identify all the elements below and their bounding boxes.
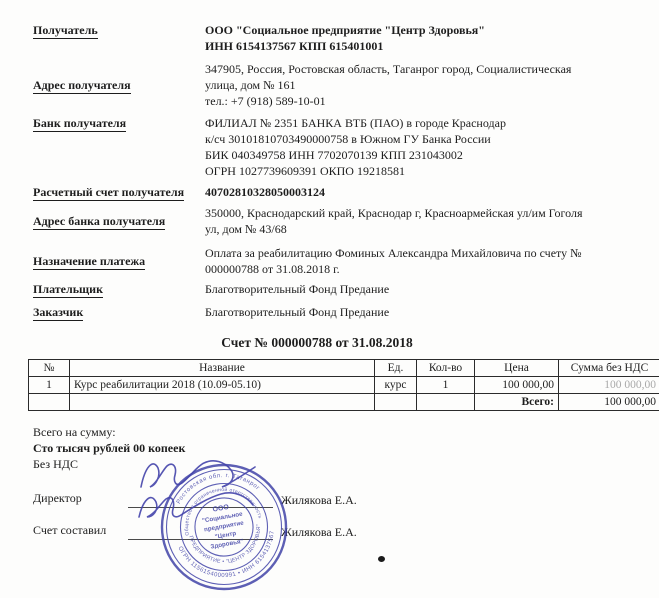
table-total-row: Всего: 100 000,00 <box>29 394 659 411</box>
table-row: 1 Курс реабилитации 2018 (10.09-05.10) к… <box>29 377 659 394</box>
invoice-document: Получатель ООО "Социальное предприятие "… <box>0 0 659 598</box>
col-header-price: Цена <box>475 360 559 377</box>
recipient-address-line: тел.: +7 (918) 589-10-01 <box>205 93 619 109</box>
payment-purpose-value: Оплата за реабилитацию Фоминых Александр… <box>205 245 619 277</box>
director-label: Директор <box>33 490 128 506</box>
field-row-recipient-address: Адрес получателя 347905, Россия, Ростовс… <box>33 61 619 109</box>
col-header-name: Название <box>70 360 375 377</box>
customer-label: Заказчик <box>33 304 205 321</box>
vat-note: Без НДС <box>33 456 659 472</box>
field-row-payment-purpose: Назначение платежа Оплата за реабилитаци… <box>33 245 619 277</box>
company-stamp: Ростовская обл. г. Таганрог ОГРН 1156154… <box>149 452 299 598</box>
totals-heading: Всего на сумму: <box>33 424 659 440</box>
recipient-line: ООО "Социальное предприятие "Центр Здоро… <box>205 22 619 38</box>
recipient-address-line: 347905, Россия, Ростовская область, Тага… <box>205 61 619 77</box>
stamp-center-line: ООО <box>212 504 230 514</box>
field-row-payer: Плательщик Благотворительный Фонд Предан… <box>33 281 619 298</box>
col-header-unit: Ед. <box>375 360 417 377</box>
col-header-num: № <box>29 360 70 377</box>
customer-line: Благотворительный Фонд Предание <box>205 304 619 320</box>
customer-value: Благотворительный Фонд Предание <box>205 304 619 321</box>
invoice-title: Счет № 000000788 от 31.08.2018 <box>28 335 606 351</box>
bank-address-line: ул, дом № 43/68 <box>205 221 619 237</box>
cell-qty: 1 <box>417 377 475 394</box>
bank-address-label: Адрес банка получателя <box>33 205 205 237</box>
totals-block: Всего на сумму: Сто тысяч рублей 00 копе… <box>33 424 659 472</box>
total-value: 100 000,00 <box>559 394 659 411</box>
settlement-account-value: 40702810328050003124 <box>205 184 619 201</box>
recipient-bank-label: Банк получателя <box>33 115 205 179</box>
cell-unit: курс <box>375 377 417 394</box>
empty-cell <box>375 394 417 411</box>
bank-address-line: 350000, Краснодарский край, Краснодар г,… <box>205 205 619 221</box>
table-header-row: № Название Ед. Кол-во Цена Сумма без НДС <box>29 360 659 377</box>
recipient-bank-value: ФИЛИАЛ № 2351 БАНКА ВТБ (ПАО) в городе К… <box>205 115 619 179</box>
field-row-recipient: Получатель ООО "Социальное предприятие "… <box>33 22 619 54</box>
stamp-center-text: ООО "Социальное предприятие "Центр Здоро… <box>200 502 248 552</box>
field-row-recipient-bank: Банк получателя ФИЛИАЛ № 2351 БАНКА ВТБ … <box>33 115 619 179</box>
invoice-table: № Название Ед. Кол-во Цена Сумма без НДС… <box>28 359 659 411</box>
settlement-account-number: 40702810328050003124 <box>205 184 619 200</box>
cell-num: 1 <box>29 377 70 394</box>
payment-purpose-line: Оплата за реабилитацию Фоминых Александр… <box>205 245 619 261</box>
cell-name: Курс реабилитации 2018 (10.09-05.10) <box>70 377 375 394</box>
cell-price: 100 000,00 <box>475 377 559 394</box>
empty-cell <box>417 394 475 411</box>
cell-sum: 100 000,00 <box>559 377 659 394</box>
recipient-bank-line: ФИЛИАЛ № 2351 БАНКА ВТБ (ПАО) в городе К… <box>205 115 619 131</box>
total-label: Всего: <box>475 394 559 411</box>
payment-purpose-line: 000000788 от 31.08.2018 г. <box>205 261 619 277</box>
composer-label: Счет составил <box>33 522 128 538</box>
empty-cell <box>29 394 70 411</box>
field-row-customer: Заказчик Благотворительный Фонд Предание <box>33 304 619 321</box>
recipient-address-label: Адрес получателя <box>33 61 205 109</box>
bank-address-value: 350000, Краснодарский край, Краснодар г,… <box>205 205 619 237</box>
recipient-bank-line: к/сч 30101810703490000758 в Южном ГУ Бан… <box>205 131 619 147</box>
recipient-value: ООО "Социальное предприятие "Центр Здоро… <box>205 22 619 54</box>
signatures-block: Директор Жилякова Е.А. Счет составил Жил… <box>33 488 659 540</box>
payer-line: Благотворительный Фонд Предание <box>205 281 619 297</box>
amount-in-words: Сто тысяч рублей 00 копеек <box>33 440 659 456</box>
payer-label: Плательщик <box>33 281 205 298</box>
recipient-bank-line: БИК 040349758 ИНН 7702070139 КПП 2310430… <box>205 147 619 163</box>
recipient-address-line: улица, дом № 161 <box>205 77 619 93</box>
settlement-account-label: Расчетный счет получателя <box>33 184 205 201</box>
recipient-line: ИНН 6154137567 КПП 615401001 <box>205 38 619 54</box>
document-content: Получатель ООО "Социальное предприятие "… <box>0 0 659 321</box>
recipient-label: Получатель <box>33 22 205 54</box>
composer-signature-row: Счет составил Жилякова Е.А. <box>33 520 659 540</box>
payment-purpose-label: Назначение платежа <box>33 245 205 277</box>
field-row-settlement-account: Расчетный счет получателя 40702810328050… <box>33 184 619 201</box>
recipient-bank-line: ОГРН 1027739609391 ОКПО 19218581 <box>205 163 619 179</box>
col-header-sum: Сумма без НДС <box>559 360 659 377</box>
recipient-address-value: 347905, Россия, Ростовская область, Тага… <box>205 61 619 109</box>
empty-cell <box>70 394 375 411</box>
director-signature-row: Директор Жилякова Е.А. <box>33 488 659 508</box>
payer-value: Благотворительный Фонд Предание <box>205 281 619 298</box>
col-header-qty: Кол-во <box>417 360 475 377</box>
field-row-bank-address: Адрес банка получателя 350000, Краснодар… <box>33 205 619 237</box>
ink-dot <box>378 556 385 562</box>
